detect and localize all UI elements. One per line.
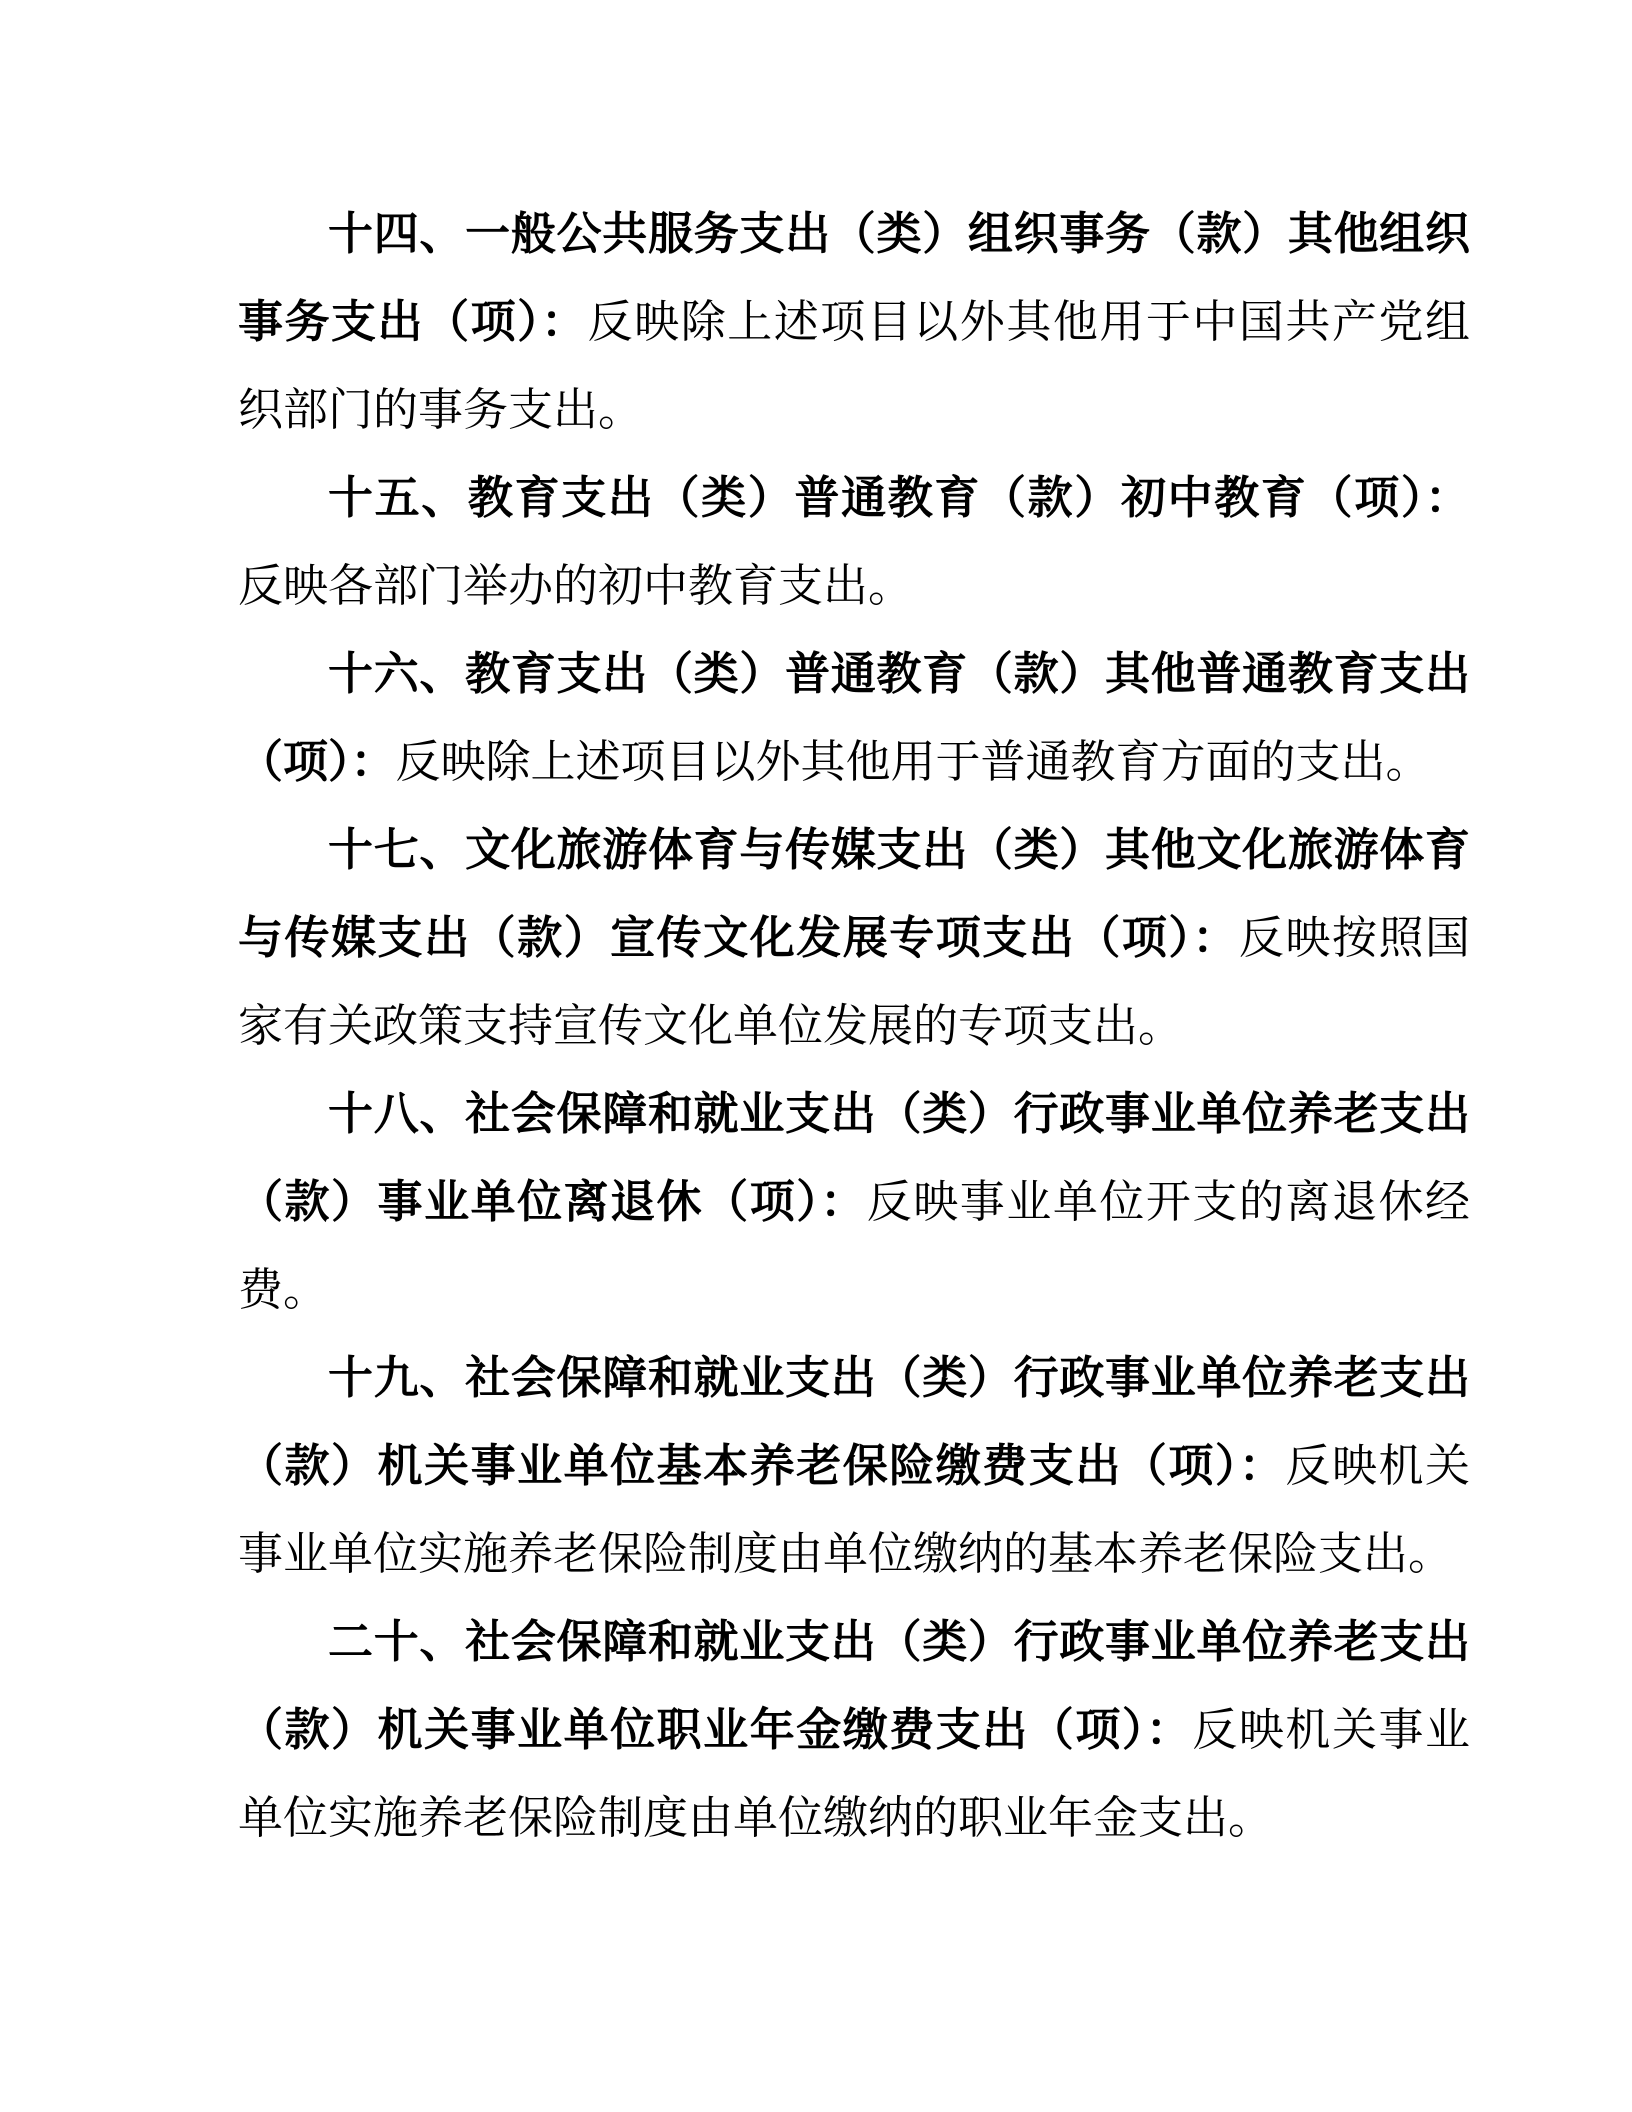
paragraph-20: 二十、社会保障和就业支出（类）行政事业单位养老支出（款）机关事业单位职业年金缴费…: [238, 1598, 1470, 1862]
paragraph-17: 十七、文化旅游体育与传媒支出（类）其他文化旅游体育与传媒支出（款）宣传文化发展专…: [238, 806, 1470, 1070]
paragraph-14: 十四、一般公共服务支出（类）组织事务（款）其他组织事务支出（项）：反映除上述项目…: [238, 190, 1470, 454]
paragraph-16: 十六、教育支出（类）普通教育（款）其他普通教育支出（项）：反映除上述项目以外其他…: [238, 630, 1470, 806]
paragraph-15: 十五、教育支出（类）普通教育（款）初中教育（项）：反映各部门举办的初中教育支出。: [238, 454, 1470, 630]
paragraph-18: 十八、社会保障和就业支出（类）行政事业单位养老支出（款）事业单位离退休（项）：反…: [238, 1070, 1470, 1334]
paragraph-15-body: 反映各部门举办的初中教育支出。: [238, 561, 913, 611]
paragraph-16-body: 反映除上述项目以外其他用于普通教育方面的支出。: [396, 737, 1431, 787]
document-page: 十四、一般公共服务支出（类）组织事务（款）其他组织事务支出（项）：反映除上述项目…: [0, 0, 1632, 2112]
paragraph-19: 十九、社会保障和就业支出（类）行政事业单位养老支出（款）机关事业单位基本养老保险…: [238, 1334, 1470, 1598]
paragraph-15-heading: 十五、教育支出（类）普通教育（款）初中教育（项）：: [328, 472, 1470, 523]
document-text-block: 十四、一般公共服务支出（类）组织事务（款）其他组织事务支出（项）：反映除上述项目…: [238, 190, 1470, 1862]
